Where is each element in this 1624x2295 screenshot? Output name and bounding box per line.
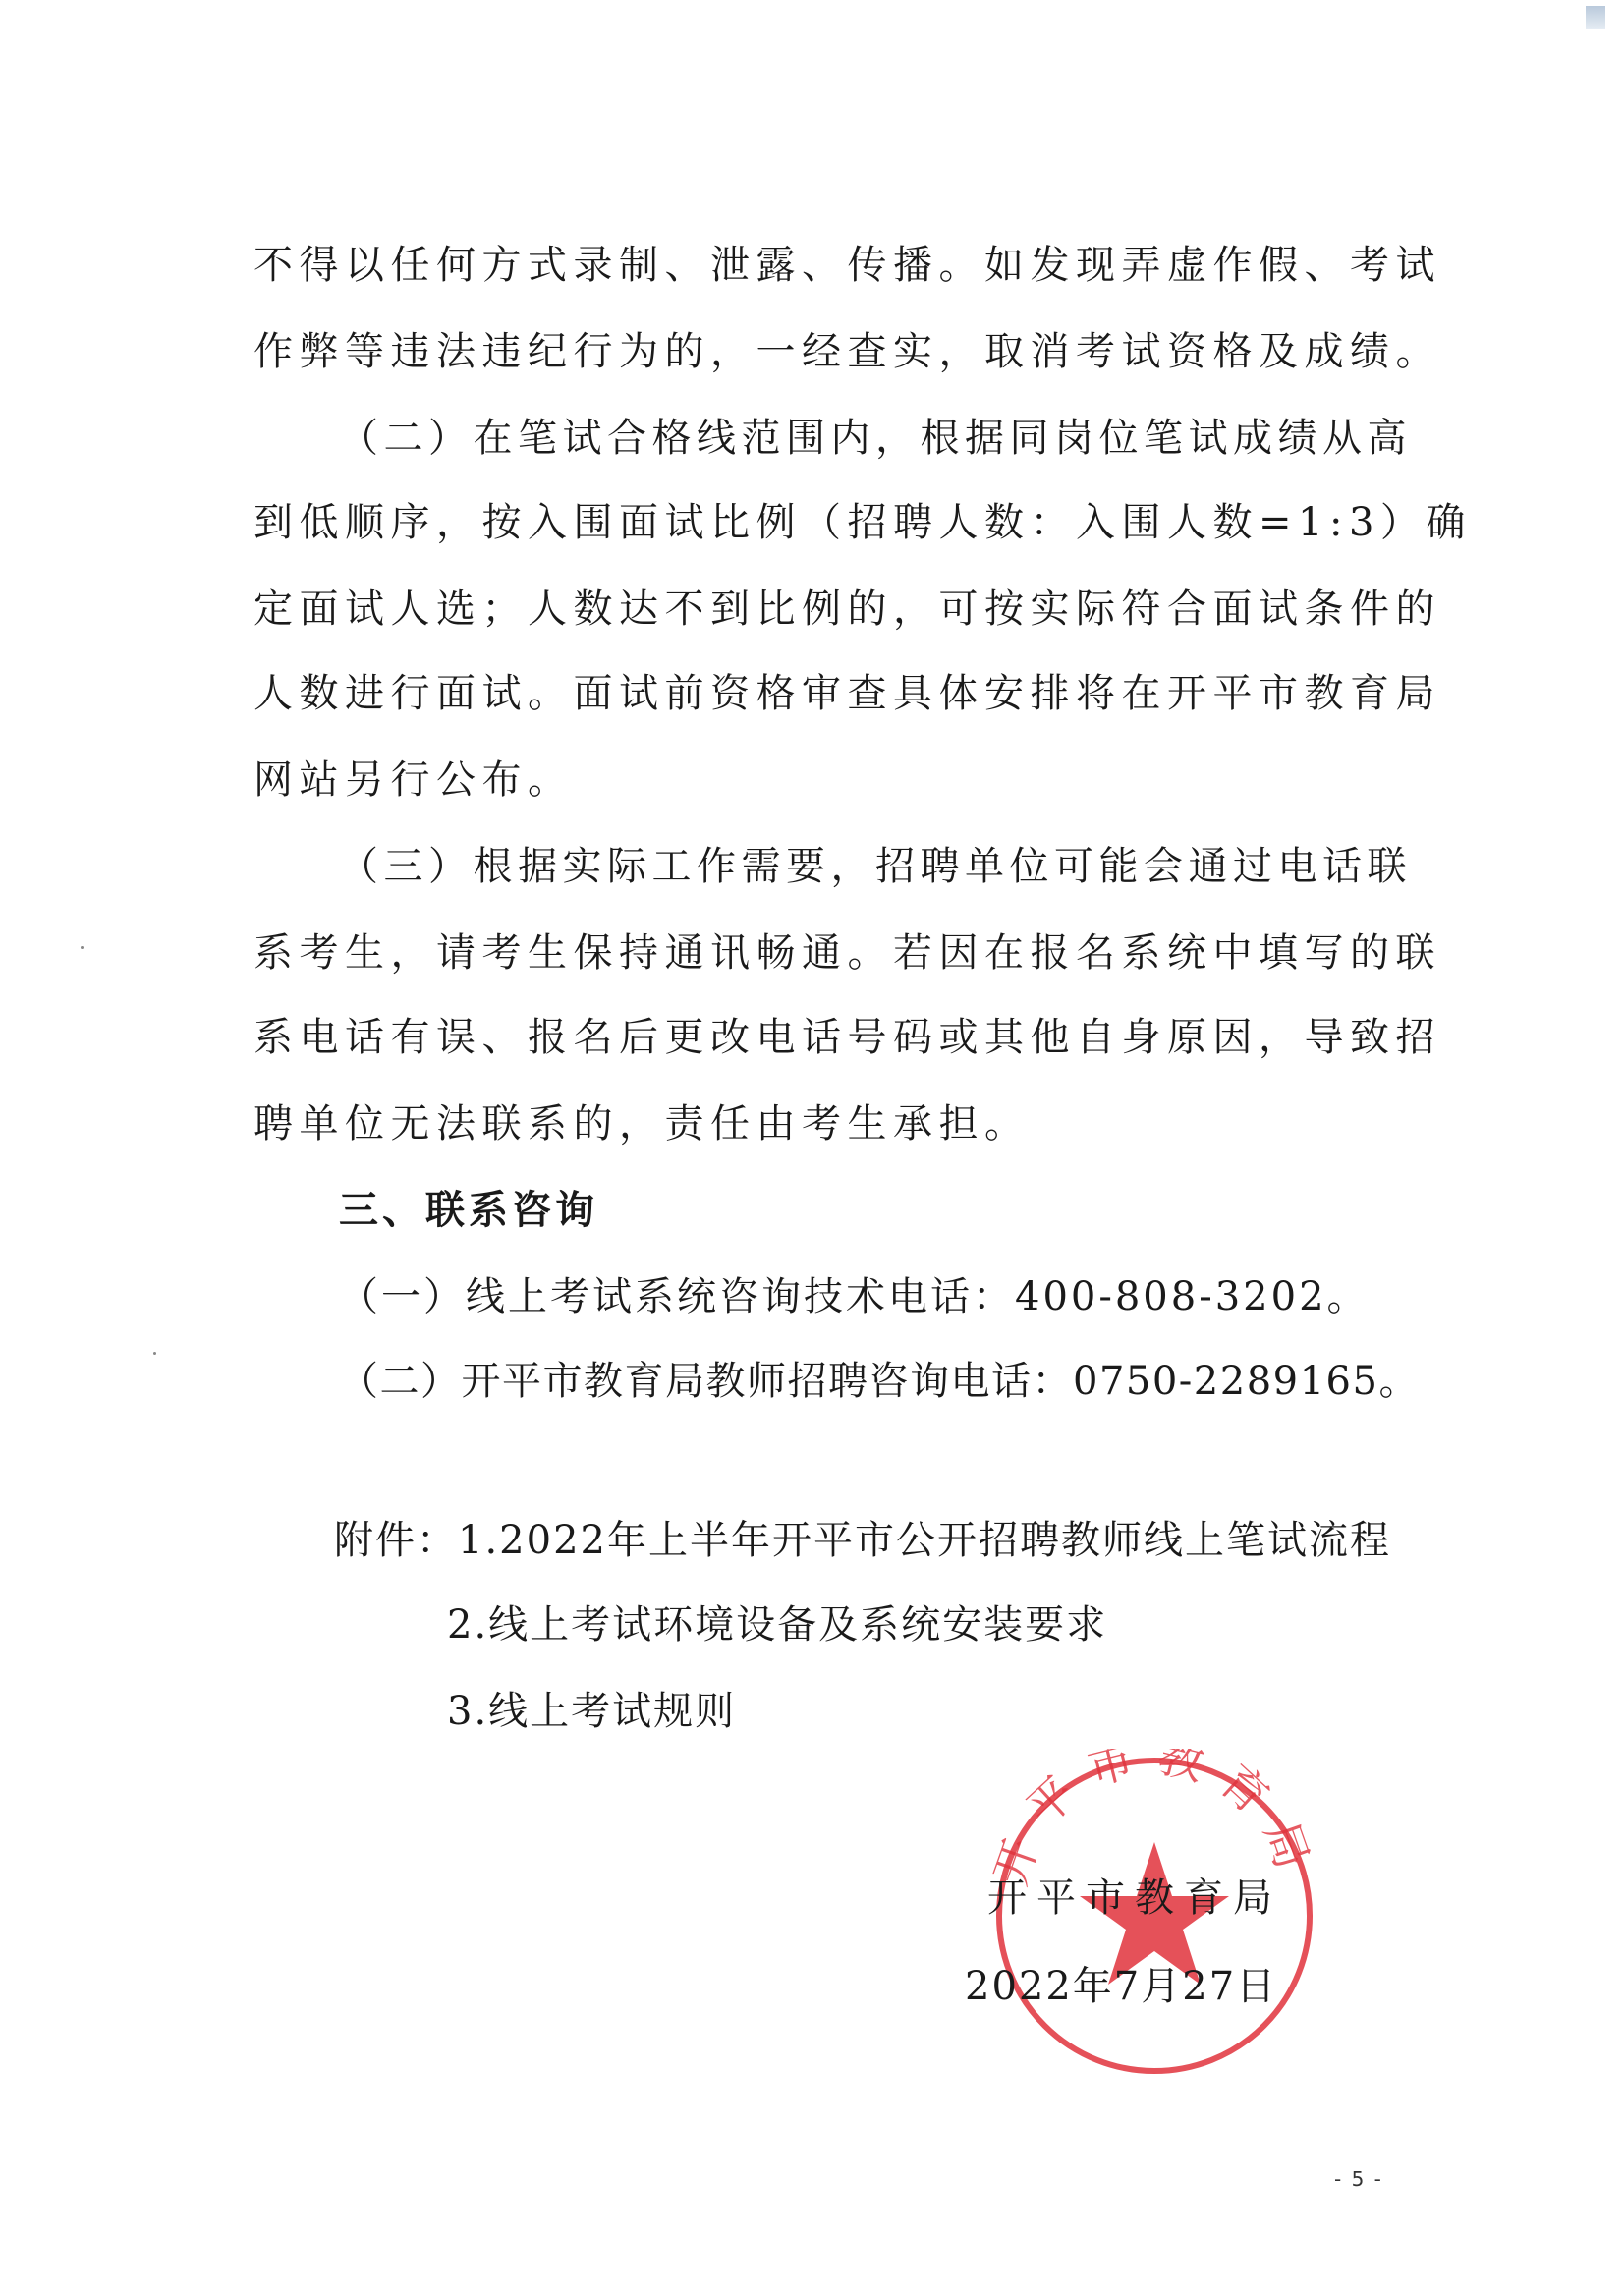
body-line: 作弊等违法违纪行为的，一经查实，取消考试资格及成绩。 xyxy=(253,332,1383,371)
body-line: 网站另行公布。 xyxy=(253,760,1383,800)
body-line: 到低顺序，按入围面试比例（招聘人数：入围人数=1:3）确 xyxy=(253,503,1383,542)
body-line: （三）根据实际工作需要，招聘单位可能会通过电话联 xyxy=(339,847,1383,886)
scan-artifact xyxy=(1586,6,1605,29)
body-line: 定面试人选；人数达不到比例的，可按实际符合面试条件的 xyxy=(253,589,1383,629)
attachment-item: 2.线上考试环境设备及系统安装要求 xyxy=(447,1605,1577,1645)
body-line: 不得以任何方式录制、泄露、传播。如发现弄虚作假、考试 xyxy=(253,246,1383,285)
scan-speck xyxy=(81,946,84,949)
attachment-item: 1.2022年上半年开平市公开招聘教师线上笔试流程 xyxy=(458,1518,1391,1563)
section-heading: 三、联系咨询 xyxy=(339,1191,1469,1230)
attachment-item: 3.线上考试规则 xyxy=(447,1692,1577,1731)
document-page: 不得以任何方式录制、泄露、传播。如发现弄虚作假、考试 作弊等违法违纪行为的，一经… xyxy=(0,0,1624,2295)
page-number: - 5 - xyxy=(1334,2167,1383,2191)
signature-organization: 开平市教育局 xyxy=(987,1867,1282,1923)
body-line: 系电话有误、报名后更改电话号码或其他自身原因，导致招 xyxy=(253,1018,1383,1057)
attachments-label: 附件： xyxy=(334,1518,458,1563)
body-line: （二）在笔试合格线范围内，根据同岗位笔试成绩从高 xyxy=(339,419,1383,458)
body-line: 系考生，请考生保持通讯畅通。若因在报名系统中填写的联 xyxy=(253,933,1383,973)
scan-speck xyxy=(153,1352,156,1355)
attachments-line-1: 附件：1.2022年上半年开平市公开招聘教师线上笔试流程 xyxy=(334,1521,1383,1560)
body-line: 人数进行面试。面试前资格审查具体安排将在开平市教育局 xyxy=(253,674,1383,713)
signature-date: 2022年7月27日 xyxy=(965,1955,1277,2011)
contact-line-recruit: （二）开平市教育局教师招聘咨询电话：0750-2289165。 xyxy=(339,1362,1469,1401)
contact-line-tech: （一）线上考试系统咨询技术电话：400-808-3202。 xyxy=(339,1277,1469,1316)
body-line: 聘单位无法联系的，责任由考生承担。 xyxy=(253,1104,1383,1144)
